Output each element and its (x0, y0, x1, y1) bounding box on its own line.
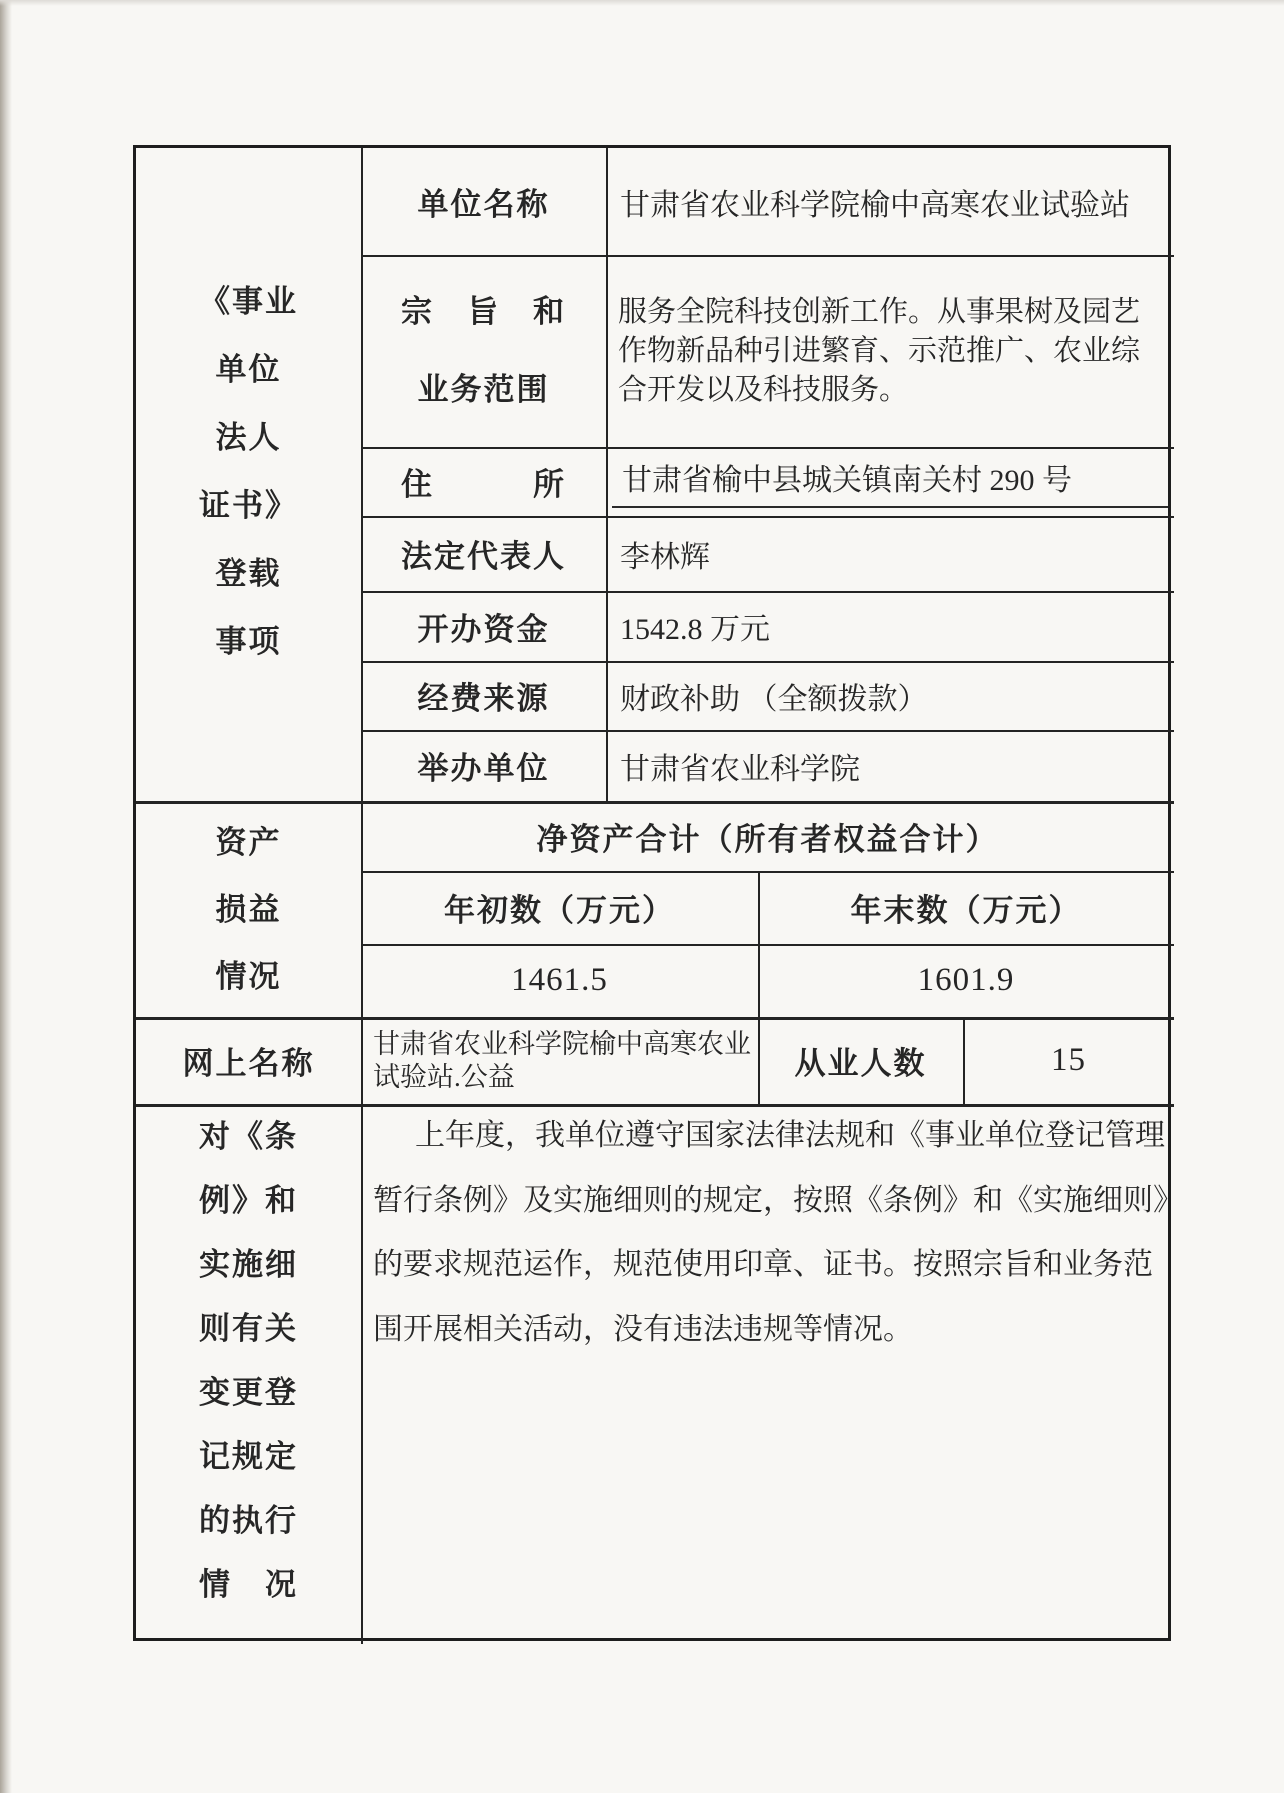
scanned-annual-report-page: 《事业 单位 法人 证书》 登载 事项 单位名称 甘肃省农业科学院榆中高寒农业试… (0, 0, 1284, 1793)
section-label-line: 对《条 (199, 1105, 298, 1169)
field-label-unit-name: 单位名称 (361, 148, 606, 255)
section-label-line: 事项 (216, 608, 282, 676)
section-label-line: 登载 (216, 540, 282, 608)
field-value-purpose-scope: 服务全院科技创新工作。从事果树及园艺 作物新品种引进繁育、示范推广、农业综 合开… (606, 255, 1174, 447)
section-label-line: 单位 (216, 336, 282, 404)
grid-hline-section (136, 1104, 1174, 1107)
section-label-line: 《事业 (199, 268, 298, 336)
section-label-line: 损益 (216, 876, 282, 943)
grid-hline (361, 871, 1174, 873)
grid-vline (758, 871, 760, 1104)
section-label-asset-profit-loss: 资产 损益 情况 (136, 801, 361, 1017)
section-label-line: 则有关 (199, 1297, 298, 1361)
scan-edge-left (0, 0, 12, 1793)
grid-hline (361, 516, 1174, 518)
grid-hline-section (136, 1017, 1174, 1020)
field-value-unit-name: 甘肃省农业科学院榆中高寒农业试验站 (606, 148, 1174, 255)
field-label-legal-representative: 法定代表人 (361, 516, 606, 591)
compliance-statement-line: 暂行条例》及实施细则的规定，按照《条例》和《实施细则》 (373, 1169, 1174, 1234)
scope-text-line: 服务全院科技创新工作。从事果树及园艺 (618, 293, 1140, 332)
section-label-certificate-items: 《事业 单位 法人 证书》 登载 事项 (136, 148, 361, 801)
address-underlined-text: 甘肃省榆中县城关镇南关村 290 号 (612, 455, 1168, 508)
grid-vline (606, 148, 608, 801)
year-end-value: 1601.9 (758, 944, 1174, 1017)
section-label-line: 记规定 (199, 1425, 298, 1489)
online-name-line: 甘肃省农业科学院榆中高寒农业 (373, 1028, 751, 1061)
field-label-staff-count: 从业人数 (758, 1017, 963, 1104)
grid-hline (361, 944, 1174, 946)
field-label-line: 业务范围 (418, 351, 550, 429)
grid-hline (361, 730, 1174, 732)
field-label-address: 住 所 (361, 447, 606, 516)
grid-hline (361, 591, 1174, 593)
field-value-online-name: 甘肃省农业科学院榆中高寒农业 试验站.公益 (361, 1017, 758, 1104)
year-end-column-header: 年末数（万元） (758, 871, 1174, 944)
field-label-organizer: 举办单位 (361, 730, 606, 801)
section-label-line: 的执行 (199, 1489, 298, 1553)
grid-hline-section (136, 801, 1174, 804)
grid-vline (963, 1017, 965, 1104)
scope-text-line: 作物新品种引进繁育、示范推广、农业综 (618, 332, 1140, 371)
field-value-staff-count: 15 (963, 1017, 1174, 1104)
compliance-statement-line: 的要求规范运作，规范使用印章、证书。按照宗旨和业务范 (373, 1233, 1153, 1298)
field-label-opening-capital: 开办资金 (361, 591, 606, 661)
section-label-line: 证书》 (199, 472, 298, 540)
grid-hline (361, 255, 1174, 257)
field-label-online-name: 网上名称 (136, 1017, 361, 1104)
section-label-line: 实施细 (199, 1233, 298, 1297)
section-label-line: 情况 (216, 943, 282, 1010)
year-begin-value: 1461.5 (361, 944, 758, 1017)
field-value-opening-capital: 1542.8 万元 (606, 591, 1174, 661)
grid-hline (361, 661, 1174, 663)
section-label-line: 例》和 (199, 1169, 298, 1233)
field-value-address: 甘肃省榆中县城关镇南关村 290 号 (606, 447, 1174, 516)
section-label-line: 法人 (216, 404, 282, 472)
section-label-line: 资产 (216, 809, 282, 876)
compliance-statement-line: 围开展相关活动，没有违法违规等情况。 (373, 1298, 913, 1363)
section-label-line: 变更登 (199, 1361, 298, 1425)
online-name-line: 试验站.公益 (373, 1061, 515, 1094)
compliance-statement: 上年度，我单位遵守国家法律法规和《事业单位登记管理 暂行条例》及实施细则的规定，… (361, 1104, 1174, 1644)
field-value-organizer: 甘肃省农业科学院 (606, 730, 1174, 801)
scope-text-line: 合开发以及科技服务。 (618, 371, 908, 410)
field-label-purpose-scope: 宗 旨 和 业务范围 (361, 255, 606, 447)
grid-vline (361, 148, 363, 1644)
net-assets-header: 净资产合计（所有者权益合计） (361, 801, 1174, 871)
field-label-funding-source: 经费来源 (361, 661, 606, 730)
registration-form-table: 《事业 单位 法人 证书》 登载 事项 单位名称 甘肃省农业科学院榆中高寒农业试… (133, 145, 1171, 1641)
field-value-legal-representative: 李林辉 (606, 516, 1174, 591)
grid-hline (361, 447, 1174, 449)
scan-edge-top (0, 0, 1284, 6)
field-value-funding-source: 财政补助 （全额拨款） (606, 661, 1174, 730)
year-begin-column-header: 年初数（万元） (361, 871, 758, 944)
section-label-line: 情 况 (199, 1553, 298, 1617)
section-label-compliance: 对《条 例》和 实施细 则有关 变更登 记规定 的执行 情 况 (136, 1104, 361, 1644)
compliance-statement-line: 上年度，我单位遵守国家法律法规和《事业单位登记管理 (373, 1104, 1165, 1169)
field-label-line: 宗 旨 和 (401, 273, 566, 351)
